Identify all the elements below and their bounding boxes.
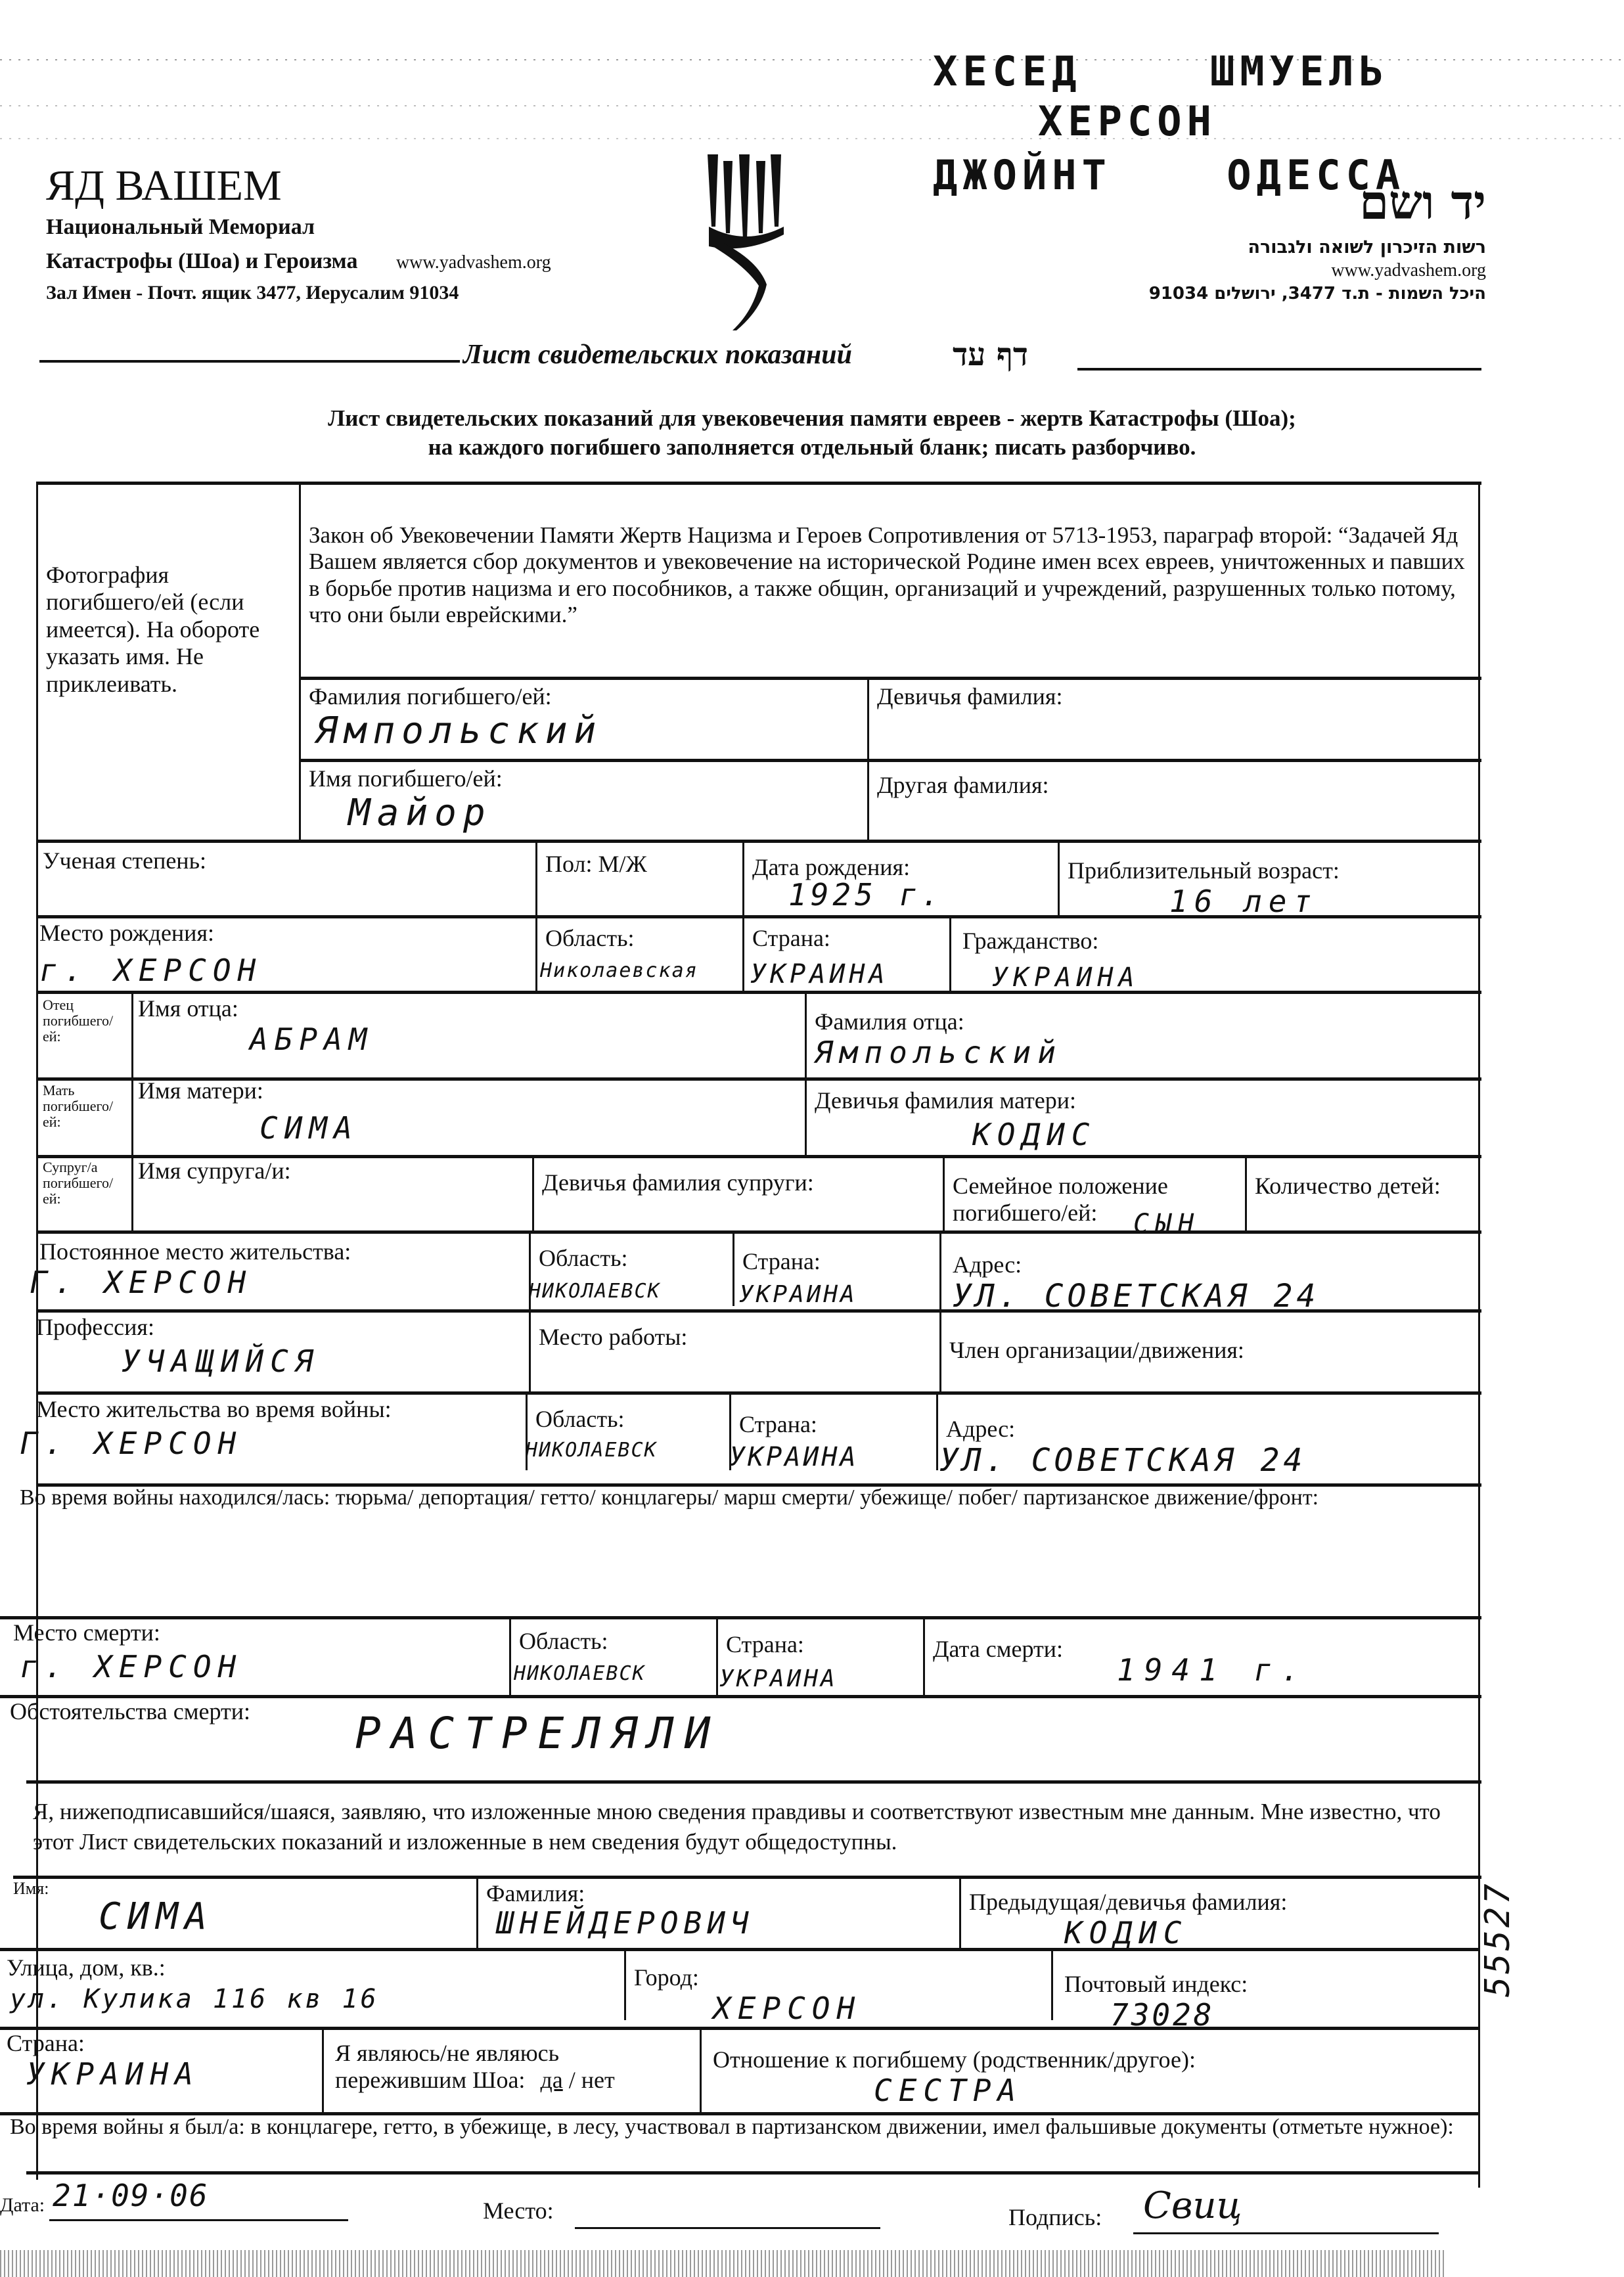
place-underline[interactable] (575, 2227, 880, 2229)
subtitle-line: на каждого погибшего заполняется отдельн… (0, 433, 1624, 462)
col-divider (476, 1876, 478, 1948)
wartime-residence-label: Место жительства во время войны: (36, 1396, 392, 1423)
submitter-postal-label: Почтовый индекс: (1064, 1971, 1248, 1998)
col-divider (936, 1391, 938, 1470)
birth-country-value[interactable]: УКРАИНА (750, 959, 889, 989)
survivor-no-option[interactable]: нет (581, 2067, 615, 2093)
birth-place-label: Место рождения: (39, 920, 214, 947)
submitter-first-name-value[interactable]: СИМА (99, 1895, 214, 1938)
row-divider (299, 759, 1481, 762)
stamp-text: ДЖОЙНТ (933, 151, 1112, 199)
stamp-line-2: ХЕРСОН (1038, 97, 1217, 145)
scan-noise-bottom (0, 2250, 1445, 2277)
mother-maiden-value[interactable]: КОДИС (972, 1117, 1096, 1152)
col-divider (923, 1616, 925, 1695)
marital-status-value[interactable]: СЫН (1133, 1209, 1200, 1239)
maiden-name-label: Девичья фамилия: (877, 683, 1062, 710)
row-divider (26, 1780, 1481, 1784)
citizenship-value[interactable]: УКРАИНА (992, 962, 1140, 993)
surname-label: Фамилия погибшего/ей: (309, 683, 552, 710)
date-underline (49, 2219, 348, 2221)
father-surname-value[interactable]: Ямпольский (815, 1035, 1062, 1070)
col-divider (624, 1948, 626, 2020)
wartime-country-label: Страна: (739, 1411, 817, 1438)
wartime-region-value[interactable]: НИКОЛАЕВСК (526, 1439, 658, 1462)
citizenship-label: Гражданство: (962, 928, 1098, 955)
wartime-residence-value[interactable]: Г. ХЕРСОН (20, 1426, 242, 1461)
profession-label: Профессия: (36, 1314, 154, 1341)
spouse-maiden-label: Девичья фамилия супруги: (542, 1169, 814, 1196)
org-line-text: Катастрофы (Шоа) и Героизма (46, 249, 357, 273)
submitter-city-label: Город: (634, 1964, 699, 1991)
place-label: Место: (483, 2198, 554, 2224)
spouse-side-label: Супруг/а погибшего/ей: (43, 1160, 128, 1207)
workplace-label: Место работы: (539, 1324, 687, 1351)
row-divider (36, 1309, 1481, 1313)
form-title: Лист свидетельских показаний (463, 339, 852, 371)
residence-country-label: Страна: (742, 1248, 821, 1275)
residence-address-label: Адрес: (953, 1251, 1022, 1278)
submitter-first-name-label: Имя: (13, 1879, 49, 1899)
row-divider (0, 2027, 1478, 2030)
col-divider (959, 1876, 961, 1948)
org-name-hebrew: יד ושם (1149, 174, 1486, 231)
form-border-top (36, 482, 1481, 485)
surname-value[interactable]: Ямпольский (315, 710, 602, 752)
death-place-value[interactable]: г. ХЕРСОН (20, 1649, 242, 1684)
father-name-label: Имя отца: (138, 995, 238, 1022)
first-name-value[interactable]: Майор (348, 792, 492, 834)
mother-side-label: Мать погибшего/ей: (43, 1083, 128, 1131)
survivor-label-text: пережившим Шоа: (335, 2067, 525, 2093)
date-label: Дата: (0, 2194, 45, 2217)
children-count-label: Количество детей: (1255, 1173, 1472, 1200)
membership-label: Член организации/движения: (949, 1337, 1244, 1364)
col-divider (532, 1155, 534, 1230)
org-line: Национальный Мемориал (46, 215, 551, 240)
residence-region-value[interactable]: НИКОЛАЕВСК (529, 1280, 661, 1303)
birth-place-value[interactable]: г. ХЕРСОН (39, 953, 262, 988)
gender-label: Пол: М/Ж (545, 851, 647, 878)
org-line: Катастрофы (Шоа) и Героизма www.yadvashe… (46, 249, 551, 274)
scan-noise (0, 138, 1624, 139)
other-surname-label: Другая фамилия: (877, 772, 1049, 799)
row-divider (36, 1230, 1481, 1234)
spouse-name-label: Имя супруга/и: (138, 1158, 291, 1184)
signature-label: Подпись: (1008, 2204, 1102, 2231)
birth-region-value[interactable]: Николаевская (540, 959, 698, 982)
col-divider (535, 915, 537, 991)
relation-label: Отношение к погибшему (родственник/друго… (713, 2046, 1196, 2073)
death-circumstances-value[interactable]: РАСТРЕЛЯЛИ (355, 1708, 721, 1759)
survivor-label-2: пережившим Шоа: да / нет (335, 2067, 615, 2094)
survivor-separator: / (569, 2067, 575, 2093)
birth-date-value[interactable]: 1925 г. (788, 877, 943, 913)
col-divider (805, 991, 807, 1155)
profession-value[interactable]: УЧАЩИЙСЯ (122, 1343, 320, 1379)
col-divider (949, 915, 951, 991)
row-divider (36, 991, 1481, 994)
org-address-hebrew: היכל השמות - ת.ד 3477, ירושלים 91034 (1149, 284, 1486, 304)
death-country-value[interactable]: УКРАИНА (719, 1665, 838, 1692)
death-region-value[interactable]: НИКОЛАЕВСК (514, 1662, 646, 1685)
father-side-label: Отец погибшего/ей: (43, 997, 128, 1045)
death-date-value[interactable]: 1941 г. (1117, 1652, 1309, 1688)
death-place-label: Место смерти: (13, 1619, 160, 1646)
scan-noise (0, 105, 1624, 106)
row-divider (0, 1616, 1481, 1619)
approx-age-label: Приблизительный возраст: (1068, 857, 1340, 884)
row-divider (36, 840, 1481, 843)
col-divider (742, 840, 744, 915)
submitter-street-label: Улица, дом, кв.: (7, 1954, 166, 1981)
photo-divider (299, 482, 301, 840)
residence-country-value[interactable]: УКРАИНА (739, 1281, 857, 1308)
declaration-text: Я, нижеподписавшийся/шаяся, заявляю, что… (33, 1797, 1445, 1857)
org-name: ЯД ВАШЕМ (46, 161, 551, 211)
mother-maiden-label: Девичья фамилия матери: (815, 1087, 1076, 1114)
org-address: Зал Имен - Почт. ящик 3477, Иерусалим 91… (46, 282, 551, 304)
row-divider (26, 2171, 1478, 2175)
residence-label: Постоянное место жительства: (39, 1238, 351, 1265)
col-divider (535, 840, 537, 915)
submitter-country-value[interactable]: УКРАИНА (26, 2056, 200, 2092)
mother-name-label: Имя матери: (138, 1077, 263, 1104)
menorah-logo-icon (706, 154, 801, 332)
wartime-address-value[interactable]: УЛ. СОВЕТСКАЯ 24 (939, 1442, 1306, 1479)
date-value[interactable]: 21·09·06 (53, 2178, 209, 2213)
col-divider (509, 1616, 511, 1695)
submitter-street-value[interactable]: ул. Кулика 116 кв 16 (10, 1984, 379, 2014)
submitter-wartime-label: Во время войны я был/а: в концлагере, ге… (10, 2114, 1455, 2140)
approx-age-value[interactable]: 16 лет (1169, 884, 1318, 919)
birth-region-label: Область: (545, 925, 635, 952)
wartime-country-value[interactable]: УКРАИНА (729, 1442, 859, 1472)
father-name-value[interactable]: АБРАМ (250, 1022, 373, 1057)
signature-value[interactable]: Свиц (1143, 2184, 1242, 2227)
wartime-address-label: Адрес: (946, 1416, 1015, 1443)
header-left: ЯД ВАШЕМ Национальный Мемориал Катастроф… (46, 161, 551, 304)
form-subtitle: Лист свидетельских показаний для увекове… (0, 404, 1624, 462)
website-link[interactable]: www.yadvashem.org (1149, 260, 1486, 281)
survivor-label-1: Я являюсь/не являюсь (335, 2040, 615, 2067)
row-divider (13, 1876, 1481, 1879)
website-link[interactable]: www.yadvashem.org (396, 252, 551, 273)
col-divider (1051, 1948, 1053, 2020)
title-rule-right (1077, 368, 1481, 371)
row-divider (36, 915, 1481, 918)
col-divider (700, 2027, 702, 2112)
form-title-hebrew: דף עד (953, 336, 1028, 373)
submitter-prev-surname-label: Предыдущая/девичья фамилия: (969, 1889, 1287, 1916)
survivor-question: Я являюсь/не являюсь пережившим Шоа: да … (335, 2040, 615, 2094)
first-name-label: Имя погибшего/ей: (309, 765, 503, 792)
death-date-label: Дата смерти: (933, 1636, 1063, 1663)
submitter-prev-surname-value[interactable]: КОДИС (1064, 1915, 1188, 1950)
stamp-text: ШМУЕЛЬ (1210, 47, 1389, 95)
row-divider (0, 1948, 1478, 1951)
row-divider (299, 677, 1481, 680)
col-divider (742, 915, 744, 991)
title-rule-left (39, 360, 460, 363)
residence-region-label: Область: (539, 1245, 628, 1272)
col-divider (322, 2027, 324, 2112)
stamp-text: ХЕСЕД (933, 47, 1082, 95)
col-divider (716, 1616, 718, 1695)
wartime-status-label: Во время войны находился/лась: тюрьма/ д… (20, 1485, 1465, 1510)
col-divider (733, 1230, 734, 1306)
mother-name-value[interactable]: СИМА (259, 1110, 359, 1146)
subtitle-line: Лист свидетельских показаний для увекове… (0, 404, 1624, 433)
father-surname-label: Фамилия отца: (815, 1008, 964, 1035)
col-divider (131, 991, 133, 1230)
submitter-city-value[interactable]: ХЕРСОН (713, 1991, 861, 2026)
org-line-hebrew: רשות הזיכרון לשואה ולגבורה (1149, 237, 1486, 258)
law-quote: Закон об Увековечении Памяти Жертв Нациз… (309, 522, 1472, 628)
birth-country-label: Страна: (752, 925, 830, 952)
archive-number: 55527 (1478, 1881, 1518, 1997)
row-divider (36, 1391, 1481, 1395)
submitter-country-label: Страна: (7, 2030, 85, 2057)
degree-label: Ученая степень: (43, 847, 206, 874)
death-country-label: Страна: (726, 1631, 804, 1658)
residence-value[interactable]: Г. ХЕРСОН (30, 1265, 252, 1300)
col-divider (943, 1155, 945, 1230)
col-divider (1245, 1155, 1247, 1230)
submitter-surname-value[interactable]: ШНЕЙДЕРОВИЧ (496, 1905, 754, 1941)
stamp-line-1: ХЕСЕД ШМУЕЛЬ (933, 47, 1389, 95)
survivor-yes-option[interactable]: да (540, 2067, 562, 2093)
submitter-surname-label: Фамилия: (486, 1880, 585, 1907)
death-circumstances-label: Обстоятельства смерти: (10, 1698, 250, 1725)
signature-underline (1133, 2232, 1439, 2234)
relation-value[interactable]: СЕСТРА (874, 2073, 1022, 2108)
wartime-region-label: Область: (535, 1406, 625, 1433)
death-region-label: Область: (519, 1628, 608, 1655)
col-divider (1058, 840, 1060, 915)
photo-box-instructions: Фотография погибшего/ей (если имеется). … (46, 562, 289, 698)
header-right: יד ושם רשות הזיכרון לשואה ולגבורה www.ya… (1149, 174, 1486, 304)
